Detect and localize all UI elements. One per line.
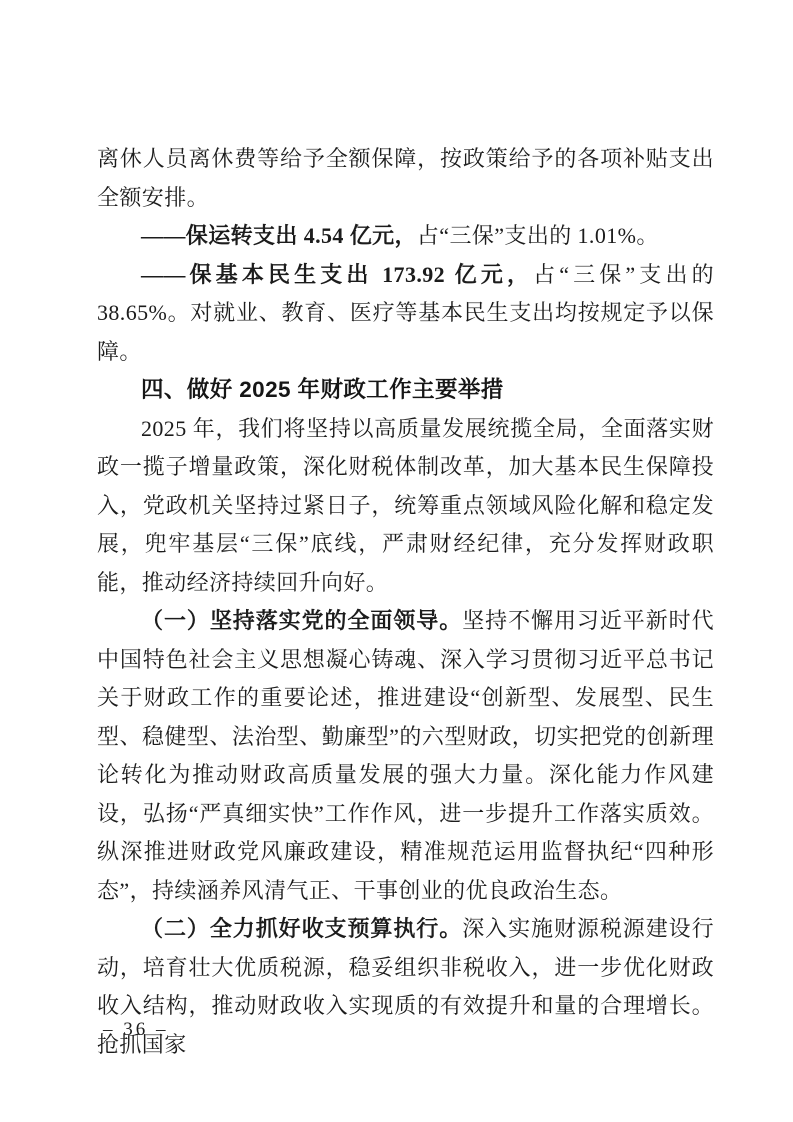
- paragraph-text: 2025 年，我们将坚持以高质量发展统揽全局，全面落实财政一揽子增量政策，深化财…: [97, 416, 714, 595]
- paragraph-item-livelihood: ——保基本民生支出 173.92 亿元，占“三保”支出的 38.65%。对就业、…: [97, 256, 714, 372]
- paragraph-text: 离休人员离休费等给予全额保障，按政策给予的各项补贴支出全额安排。: [97, 146, 714, 210]
- paragraph-sub-item-1: （一）坚持落实党的全面领导。坚持不懈用习近平新时代中国特色社会主义思想凝心铸魂、…: [97, 602, 714, 910]
- paragraph-text: 坚持不懈用习近平新时代中国特色社会主义思想凝心铸魂、深入学习贯彻习近平总书记关于…: [97, 608, 714, 903]
- paragraph-sub-item-2: （二）全力抓好收支预算执行。深入实施财源税源建设行动，培育壮大优质税源，稳妥组织…: [97, 910, 714, 1064]
- paragraph-lead: （一）坚持落实党的全面领导。: [141, 608, 462, 633]
- paragraph-lead: （二）全力抓好收支预算执行。: [141, 916, 462, 941]
- paragraph-text: 占“三保”支出的 1.01%。: [417, 223, 659, 248]
- paragraph-lead: ——保运转支出 4.54 亿元，: [141, 223, 417, 248]
- page-number: – 36 –: [103, 1019, 169, 1041]
- paragraph-item-operations: ——保运转支出 4.54 亿元，占“三保”支出的 1.01%。: [97, 217, 714, 256]
- paragraph-continuation: 离休人员离休费等给予全额保障，按政策给予的各项补贴支出全额安排。: [97, 140, 714, 217]
- paragraph-lead: ——保基本民生支出 173.92 亿元，: [141, 262, 533, 287]
- document-body: 离休人员离休费等给予全额保障，按政策给予的各项补贴支出全额安排。 ——保运转支出…: [97, 140, 714, 1064]
- document-page: 离休人员离休费等给予全额保障，按政策给予的各项补贴支出全额安排。 ——保运转支出…: [0, 0, 793, 1122]
- paragraph-overview: 2025 年，我们将坚持以高质量发展统揽全局，全面落实财政一揽子增量政策，深化财…: [97, 410, 714, 603]
- section-heading: 四、做好 2025 年财政工作主要举措: [97, 371, 714, 410]
